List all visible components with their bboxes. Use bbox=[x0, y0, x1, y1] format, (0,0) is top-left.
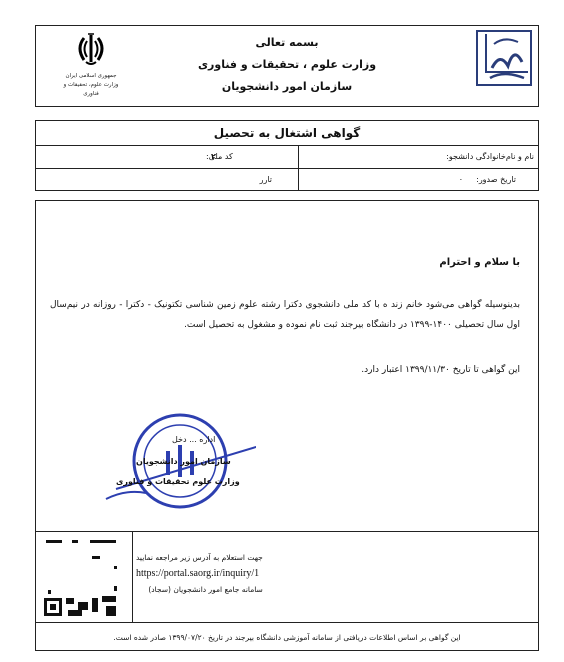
validity-statement: این گواهی تا تاریخ ۱۳۹۹/۱۱/۳۰ اعتبار دار… bbox=[361, 365, 520, 375]
inquiry-url-link[interactable]: https://portal.saorg.ir/inquiry/1 bbox=[136, 566, 263, 582]
official-stamp: اداره ... دخل سازمان امور دانشجویان وزار… bbox=[76, 401, 256, 511]
letterhead-titles: بسمه تعالی وزارت علوم ، تحقیقات و فناوری… bbox=[166, 32, 408, 98]
stamp-text-org: سازمان امور دانشجویان bbox=[136, 457, 231, 466]
emblem-caption-country: جمهوری اسلامی ایران bbox=[56, 72, 126, 81]
student-affairs-logo-icon bbox=[476, 30, 532, 86]
basmala: بسمه تعالی bbox=[166, 32, 408, 54]
column-divider bbox=[298, 145, 299, 190]
inquiry-block: جهت استعلام به آدرس زیر مراجعه نمایید ht… bbox=[136, 550, 263, 598]
national-code-value: ۲ bbox=[211, 146, 216, 169]
tarr-label: تارر bbox=[260, 169, 276, 193]
certificate-title: گواهی اشتغال به تحصیل bbox=[36, 121, 538, 145]
ministry-name: وزارت علوم ، تحقیقات و فناوری bbox=[166, 54, 408, 76]
certificate-paragraph: بدینوسیله گواهی می‌شود خانم زند ه با کد … bbox=[50, 295, 520, 335]
organization-name: سازمان امور دانشجویان bbox=[166, 76, 408, 98]
national-code-label: کد ملی: bbox=[206, 146, 276, 169]
iran-emblem: جمهوری اسلامی ایران وزارت علوم، تحقیقات … bbox=[56, 32, 126, 102]
student-name-label: نام و نام‌خانوادگی دانشجو: bbox=[446, 146, 534, 169]
letterhead: جمهوری اسلامی ایران وزارت علوم، تحقیقات … bbox=[35, 25, 539, 107]
info-row-name: نام و نام‌خانوادگی دانشجو: کد ملی: ۲ bbox=[36, 145, 538, 169]
qr-code[interactable] bbox=[36, 532, 133, 622]
certificate-footer: جهت استعلام به آدرس زیر مراجعه نمایید ht… bbox=[35, 531, 539, 651]
system-name: سامانه جامع امور دانشجویان (سجاد) bbox=[136, 582, 263, 598]
certificate-info-table: گواهی اشتغال به تحصیل نام و نام‌خانوادگی… bbox=[35, 120, 539, 191]
iran-emblem-icon bbox=[74, 32, 108, 68]
issuance-note: این گواهی بر اساس اطلاعات دریافتی از سام… bbox=[36, 622, 538, 650]
info-row-date: تاریخ صدور: ۰ تارر bbox=[36, 168, 538, 193]
issue-date-value: ۰ bbox=[459, 169, 463, 193]
inquiry-instruction: جهت استعلام به آدرس زیر مراجعه نمایید bbox=[136, 550, 263, 566]
greeting: با سلام و احترام bbox=[439, 257, 520, 268]
stamp-icon bbox=[76, 401, 256, 511]
stamp-text-office: اداره ... دخل bbox=[172, 435, 215, 444]
emblem-caption-ministry: وزارت علوم، تحقیقات و فناوری bbox=[56, 81, 126, 99]
qr-code-icon bbox=[36, 532, 128, 620]
issue-date-label: تاریخ صدور: bbox=[476, 169, 516, 193]
stamp-text-ministry: وزارت علوم تحقیقات و فناوری bbox=[116, 477, 240, 486]
certificate-body: با سلام و احترام بدینوسیله گواهی می‌شود … bbox=[35, 200, 539, 532]
